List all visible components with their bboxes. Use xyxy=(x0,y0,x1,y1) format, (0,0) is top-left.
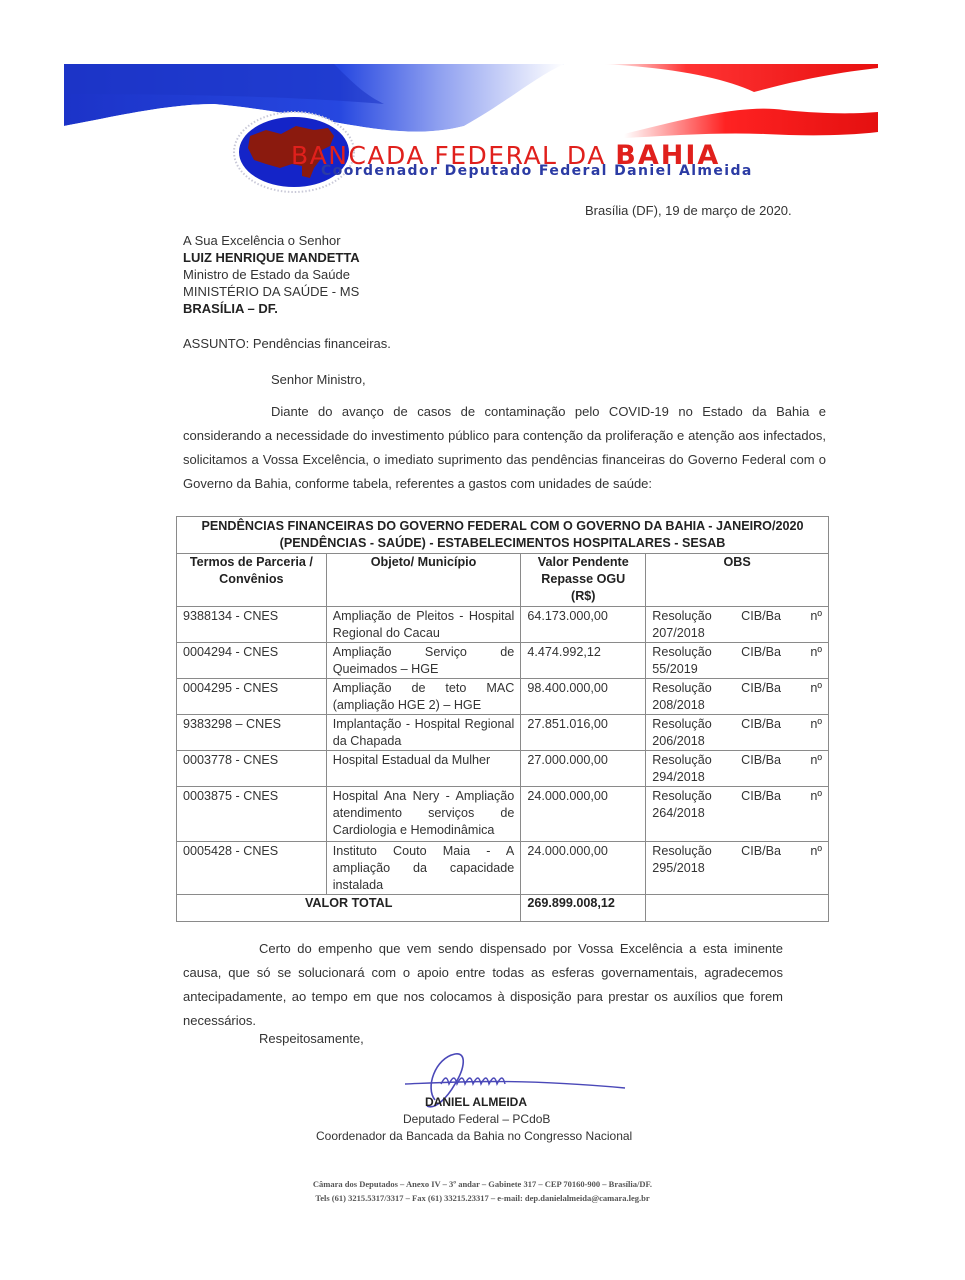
obs-resolucao: Resolução xyxy=(652,752,712,769)
obs-no: nº xyxy=(810,843,822,860)
cell-objeto: Implantação - Hospital Regional da Chapa… xyxy=(326,715,521,751)
table-title-line-1: PENDÊNCIAS FINANCEIRAS DO GOVERNO FEDERA… xyxy=(181,518,824,535)
obs-resolucao: Resolução xyxy=(652,843,712,860)
obs-no: nº xyxy=(810,752,822,769)
cell-obs: ResoluçãoCIB/Banº208/2018 xyxy=(646,679,829,715)
cell-objeto: Hospital Ana Nery - Ampliação atendiment… xyxy=(326,787,521,842)
table-title-line-2: (PENDÊNCIAS - SAÚDE) - ESTABELECIMENTOS … xyxy=(181,535,824,552)
subject-line: ASSUNTO: Pendências financeiras. xyxy=(183,335,391,352)
body-paragraph-1-text: Diante do avanço de casos de contaminaçã… xyxy=(183,404,826,491)
obs-number: 295/2018 xyxy=(652,860,822,877)
total-value: 269.899.008,12 xyxy=(521,895,646,922)
cell-obs: ResoluçãoCIB/Banº294/2018 xyxy=(646,751,829,787)
recipient-city: BRASÍLIA – DF. xyxy=(183,300,278,317)
table-row: 0004295 - CNESAmpliação de teto MAC (amp… xyxy=(177,679,829,715)
cell-obs: ResoluçãoCIB/Banº264/2018 xyxy=(646,787,829,842)
obs-resolucao: Resolução xyxy=(652,788,712,805)
greeting: Senhor Ministro, xyxy=(271,371,366,388)
cell-objeto: Hospital Estadual da Mulher xyxy=(326,751,521,787)
obs-number: 264/2018 xyxy=(652,805,822,822)
pending-finances-table: PENDÊNCIAS FINANCEIRAS DO GOVERNO FEDERA… xyxy=(176,516,829,922)
total-obs-empty xyxy=(646,895,829,922)
cell-objeto: Ampliação de teto MAC (ampliação HGE 2) … xyxy=(326,679,521,715)
cell-valor: 98.400.000,00 xyxy=(521,679,646,715)
table-title-row: PENDÊNCIAS FINANCEIRAS DO GOVERNO FEDERA… xyxy=(177,517,829,554)
cell-valor: 4.474.992,12 xyxy=(521,643,646,679)
closing: Respeitosamente, xyxy=(259,1030,364,1047)
cell-termo: 0004294 - CNES xyxy=(177,643,327,679)
obs-no: nº xyxy=(810,788,822,805)
obs-cib: CIB/Ba xyxy=(741,843,781,860)
recipient-salutation: A Sua Excelência o Senhor xyxy=(183,232,341,249)
cell-objeto: Ampliação de Pleitos - Hospital Regional… xyxy=(326,607,521,643)
obs-cib: CIB/Ba xyxy=(741,608,781,625)
recipient-name: LUIZ HENRIQUE MANDETTA xyxy=(183,249,360,266)
table-row: 9388134 - CNESAmpliação de Pleitos - Hos… xyxy=(177,607,829,643)
cell-termo: 9383298 – CNES xyxy=(177,715,327,751)
cell-objeto: Ampliação Serviço de Queimados – HGE xyxy=(326,643,521,679)
table-row: 0005428 - CNESInstituto Couto Maia - A a… xyxy=(177,842,829,895)
cell-termo: 9388134 - CNES xyxy=(177,607,327,643)
cell-termo: 0003875 - CNES xyxy=(177,787,327,842)
table-row: 0004294 - CNESAmpliação Serviço de Queim… xyxy=(177,643,829,679)
signatory-role: Coordenador da Bancada da Bahia no Congr… xyxy=(316,1128,632,1145)
obs-number: 55/2019 xyxy=(652,661,822,678)
cell-obs: ResoluçãoCIB/Banº55/2019 xyxy=(646,643,829,679)
recipient-role: Ministro de Estado da Saúde xyxy=(183,266,350,283)
obs-cib: CIB/Ba xyxy=(741,788,781,805)
cell-obs: ResoluçãoCIB/Banº207/2018 xyxy=(646,607,829,643)
obs-resolucao: Resolução xyxy=(652,608,712,625)
cell-valor: 24.000.000,00 xyxy=(521,787,646,842)
obs-number: 294/2018 xyxy=(652,769,822,786)
body-paragraph-2-text: Certo do empenho que vem sendo dispensad… xyxy=(183,941,783,1028)
obs-number: 206/2018 xyxy=(652,733,822,750)
body-paragraph-2: Certo do empenho que vem sendo dispensad… xyxy=(183,937,783,1033)
cell-termo: 0004295 - CNES xyxy=(177,679,327,715)
obs-cib: CIB/Ba xyxy=(741,752,781,769)
obs-no: nº xyxy=(810,680,822,697)
obs-number: 207/2018 xyxy=(652,625,822,642)
recipient-ministry: MINISTÉRIO DA SAÚDE - MS xyxy=(183,283,359,300)
cell-objeto: Instituto Couto Maia - A ampliação da ca… xyxy=(326,842,521,895)
date-line: Brasília (DF), 19 de março de 2020. xyxy=(585,202,792,219)
total-label: VALOR TOTAL xyxy=(177,895,521,922)
cell-valor: 27.851.016,00 xyxy=(521,715,646,751)
table-header-row: Termos de Parceria / Convênios Objeto/ M… xyxy=(177,554,829,607)
cell-termo: 0005428 - CNES xyxy=(177,842,327,895)
cell-valor: 24.000.000,00 xyxy=(521,842,646,895)
table-row: 9383298 – CNESImplantação - Hospital Reg… xyxy=(177,715,829,751)
obs-resolucao: Resolução xyxy=(652,644,712,661)
obs-cib: CIB/Ba xyxy=(741,680,781,697)
cell-valor: 64.173.000,00 xyxy=(521,607,646,643)
cell-termo: 0003778 - CNES xyxy=(177,751,327,787)
signatory-title: Deputado Federal – PCdoB xyxy=(403,1111,550,1128)
col-header-termos: Termos de Parceria / Convênios xyxy=(177,554,327,607)
table-row: 0003875 - CNESHospital Ana Nery - Amplia… xyxy=(177,787,829,842)
obs-number: 208/2018 xyxy=(652,697,822,714)
obs-no: nº xyxy=(810,608,822,625)
body-paragraph-1: Diante do avanço de casos de contaminaçã… xyxy=(183,400,826,496)
cell-obs: ResoluçãoCIB/Banº206/2018 xyxy=(646,715,829,751)
obs-resolucao: Resolução xyxy=(652,716,712,733)
col-header-obs: OBS xyxy=(646,554,829,607)
obs-cib: CIB/Ba xyxy=(741,644,781,661)
obs-cib: CIB/Ba xyxy=(741,716,781,733)
footer-address: Câmara dos Deputados – Anexo IV – 3º and… xyxy=(0,1177,965,1192)
letterhead-subtitle: Coordenador Deputado Federal Daniel Alme… xyxy=(321,163,753,179)
obs-no: nº xyxy=(810,644,822,661)
obs-resolucao: Resolução xyxy=(652,680,712,697)
table-total-row: VALOR TOTAL 269.899.008,12 xyxy=(177,895,829,922)
col-header-valor: Valor Pendente Repasse OGU (R$) xyxy=(521,554,646,607)
table-row: 0003778 - CNESHospital Estadual da Mulhe… xyxy=(177,751,829,787)
footer-contacts: Tels (61) 3215.5317/3317 – Fax (61) 3321… xyxy=(0,1191,965,1206)
cell-valor: 27.000.000,00 xyxy=(521,751,646,787)
cell-obs: ResoluçãoCIB/Banº295/2018 xyxy=(646,842,829,895)
signatory-name: DANIEL ALMEIDA xyxy=(425,1094,527,1111)
obs-no: nº xyxy=(810,716,822,733)
col-header-objeto: Objeto/ Município xyxy=(326,554,521,607)
